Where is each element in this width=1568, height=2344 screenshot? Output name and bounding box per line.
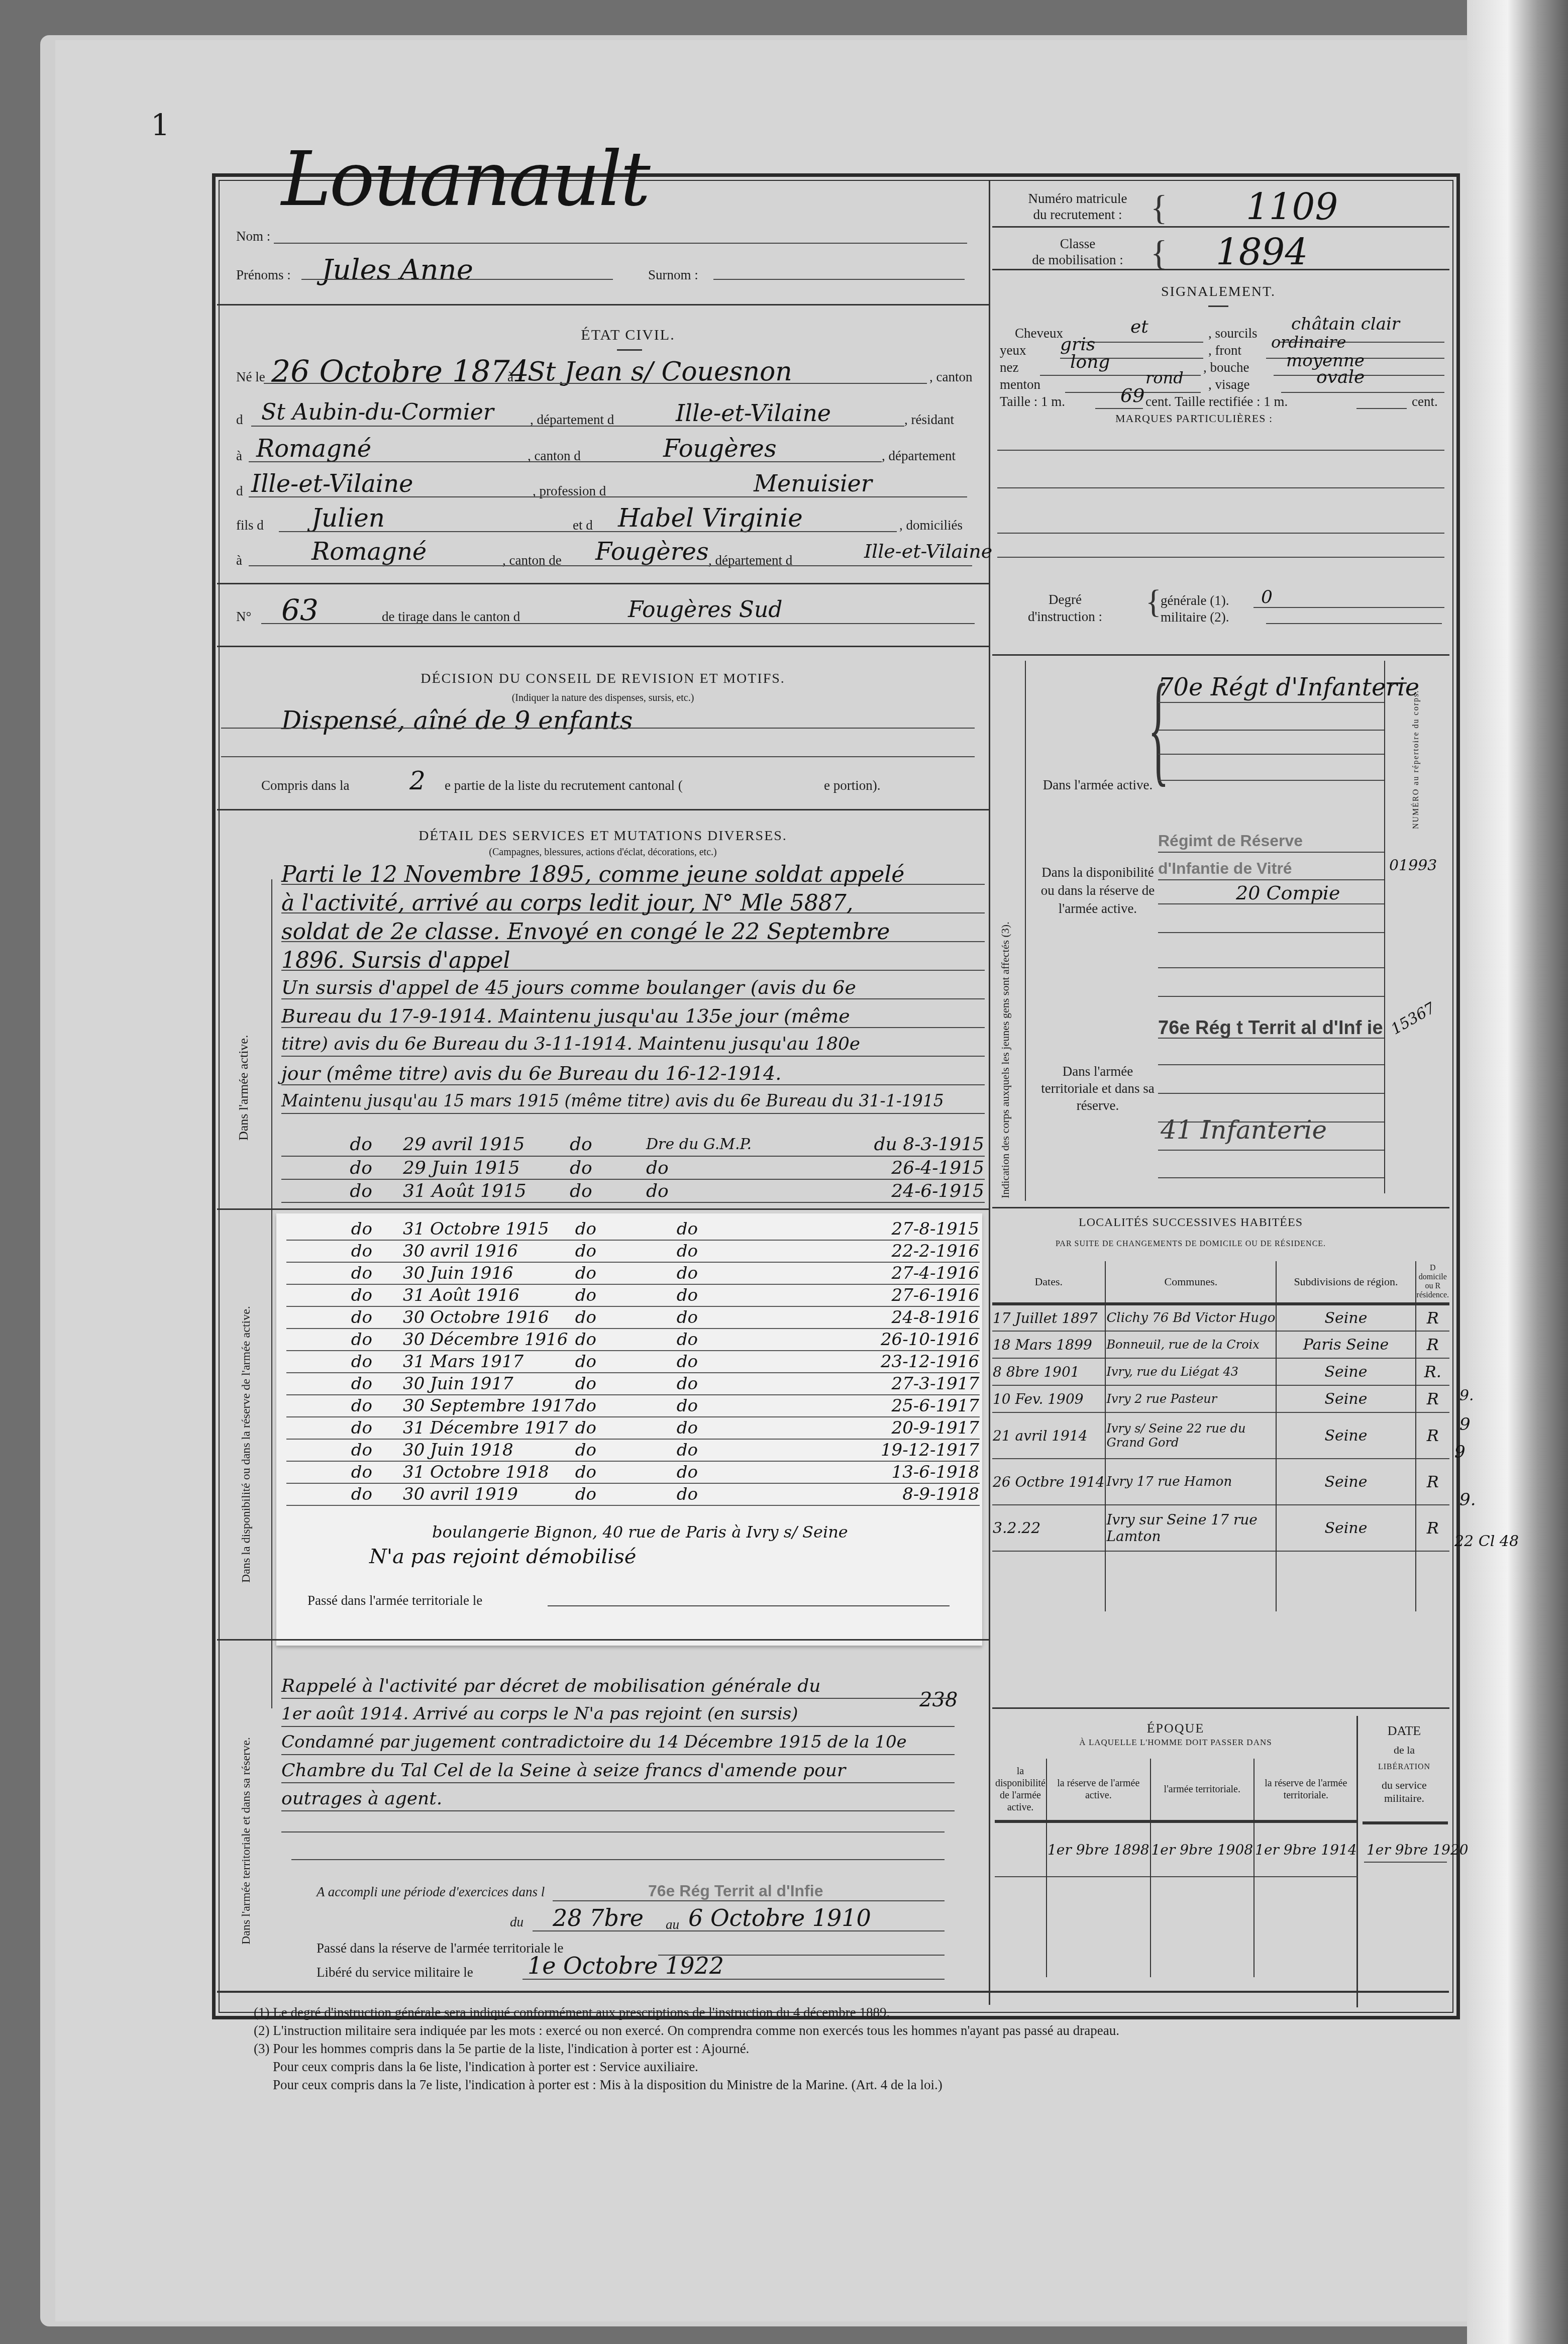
divider xyxy=(217,583,989,584)
title-dash xyxy=(1208,305,1228,307)
side-label-active: Dans l'armée active. xyxy=(236,1035,251,1141)
localites-row: 8 8bre 1901 Ivry, rue du Liégat 43 Seine… xyxy=(992,1358,1449,1385)
localites-row: 18 Mars 1899 Bonneuil, rue de la Croix P… xyxy=(992,1331,1449,1358)
service-line: jour (même titre) avis du 6e Bureau du 1… xyxy=(281,1062,985,1085)
territoriale-unit-value: 41 Infanterie xyxy=(1161,1115,1327,1145)
decision-value: Dispensé, aîné de 9 enfants xyxy=(281,706,633,735)
line xyxy=(1158,1122,1384,1123)
book-gutter xyxy=(1467,0,1568,2344)
dom-a-label: à xyxy=(236,553,242,568)
nom-value: Louanault xyxy=(281,136,649,223)
numero-label: NUMÉRO au répertoire du corps. xyxy=(1412,690,1421,829)
instruction-label-2: d'instruction : xyxy=(1020,609,1110,625)
ditto: do xyxy=(676,1351,788,1373)
sursis-ref: 27-8-1915 xyxy=(788,1218,980,1240)
line xyxy=(1083,342,1203,343)
line xyxy=(1281,392,1444,393)
canton-residence-value: Fougères xyxy=(663,435,777,463)
ditto: do xyxy=(286,1417,402,1439)
line xyxy=(1158,1038,1384,1039)
ditto: do xyxy=(286,1373,402,1395)
territoriale-label: Dans l'armée territoriale et dans sa rés… xyxy=(1035,1063,1161,1114)
empty-cell xyxy=(1047,1877,1151,1977)
sursis-date: 30 Juin 1918 xyxy=(402,1439,575,1461)
line xyxy=(1095,408,1143,409)
ditto: do xyxy=(676,1240,788,1262)
footnotes: (1) Le degré d'instruction générale sera… xyxy=(254,2005,1119,2095)
line xyxy=(1158,1150,1384,1151)
ditto: do xyxy=(286,1461,402,1483)
sursis-date: 30 avril 1916 xyxy=(402,1240,575,1262)
epoque-subtitle: À LAQUELLE L'HOMME DOIT PASSER DANS xyxy=(1000,1738,1351,1748)
localite-date: 10 Fev. 1909 xyxy=(992,1385,1105,1412)
header-rule xyxy=(1363,1821,1448,1824)
divider xyxy=(217,1639,989,1641)
line xyxy=(1356,408,1407,409)
sourcils-value: châtain clair xyxy=(1291,314,1400,334)
line xyxy=(1253,607,1444,608)
matricule-label-1: Numéro matricule xyxy=(1005,191,1151,207)
col-dates: Dates. xyxy=(992,1261,1105,1304)
line xyxy=(1266,623,1442,624)
side-label-territoriale: Dans l'armée territoriale et dans sa rés… xyxy=(236,1663,256,1945)
localite-date: 21 avril 1914 xyxy=(992,1412,1105,1459)
line xyxy=(997,533,1444,534)
col-reserve-active: la réserve de l'armée active. xyxy=(1047,1759,1151,1821)
bouche-label: , bouche xyxy=(1203,360,1249,375)
ditto: do xyxy=(676,1395,788,1417)
line xyxy=(997,557,1444,558)
libere-value: 1e Octobre 1922 xyxy=(528,1952,724,1979)
passe-reserve-label: Passé dans la réserve de l'armée territo… xyxy=(317,1941,563,1956)
empty-cell xyxy=(1254,1877,1357,1977)
epoque-disponibilite-value xyxy=(995,1821,1047,1877)
empty-cell xyxy=(995,1877,1047,1977)
footnote-number: (3) xyxy=(254,2041,269,2056)
footnote-text: Pour ceux compris dans la 7e liste, l'in… xyxy=(273,2077,943,2092)
sursis-row: do 29 Juin 1915 do do 26-4-1915 xyxy=(281,1156,985,1179)
liberation-sub-1: de la xyxy=(1362,1744,1447,1757)
signalement-title: SIGNALEMENT. xyxy=(1130,284,1306,300)
divider xyxy=(992,1707,1449,1709)
sursis-ref: 24-6-1915 xyxy=(777,1179,985,1202)
footnote: (2) L'instruction militaire sera indiqué… xyxy=(254,2023,1119,2041)
passe-territoriale-label: Passé dans l'armée territoriale le xyxy=(307,1593,482,1608)
sursis-ref: 26-4-1915 xyxy=(777,1156,985,1179)
nom-label: Nom : xyxy=(236,229,270,244)
ditto: do xyxy=(575,1373,676,1395)
compris-label-2: e partie de la liste du recrutement cant… xyxy=(445,778,683,793)
sursis-row: do 30 Octobre 1916 do do 24-8-1916 xyxy=(286,1306,980,1329)
epoque-header-row: la disponibilité de l'armée active. la r… xyxy=(995,1759,1357,1821)
marques-label: MARQUES PARTICULIÈRES : xyxy=(1115,412,1273,425)
footnote-divider xyxy=(217,1991,1449,1993)
numero-column-line xyxy=(1384,661,1385,1193)
sursis-date: 30 Septembre 1917 xyxy=(402,1395,575,1417)
ditto: do xyxy=(286,1395,402,1417)
ditto: do xyxy=(676,1483,788,1505)
ditto: do xyxy=(281,1133,402,1156)
residant-a-label: à xyxy=(236,448,242,464)
col-territoriale: l'armée territoriale. xyxy=(1151,1759,1255,1821)
classe-value: 1894 xyxy=(1216,231,1308,273)
service-line: 1896. Sursis d'appel xyxy=(281,948,985,971)
liberation-sub-3: du service militaire. xyxy=(1362,1779,1447,1805)
sursis-ref: 26-10-1916 xyxy=(788,1329,980,1351)
sursis-row: do 30 Juin 1917 do do 27-3-1917 xyxy=(286,1373,980,1395)
line xyxy=(553,1900,945,1901)
localite-subdivision: Seine xyxy=(1276,1505,1415,1551)
footnote-text: Pour ceux compris dans la 6e liste, l'in… xyxy=(273,2059,698,2074)
localite-commune: Ivry 17 rue Hamon xyxy=(1105,1459,1276,1505)
margin-note: 9. xyxy=(1459,1387,1474,1404)
sursis-authority: Dre du G.M.P. xyxy=(646,1133,777,1156)
sursis-ref: 20-9-1917 xyxy=(788,1417,980,1439)
localite-date: 8 8bre 1901 xyxy=(992,1358,1105,1385)
sursis-row: do 30 Décembre 1916 do do 26-10-1916 xyxy=(286,1329,980,1351)
service-line: Bureau du 17-9-1914. Maintenu jusqu'au 1… xyxy=(281,1005,985,1028)
sursis-table-patch: do 31 Octobre 1915 do do 27-8-1915 do 30… xyxy=(286,1218,980,1506)
line xyxy=(279,531,897,532)
ditto: do xyxy=(286,1262,402,1284)
divider xyxy=(217,1208,989,1210)
ditto: do xyxy=(575,1240,676,1262)
ditto: do xyxy=(281,1179,402,1202)
sursis-ref: du 8-3-1915 xyxy=(777,1133,985,1156)
line xyxy=(249,565,972,566)
ditto: do xyxy=(575,1306,676,1329)
line xyxy=(221,728,975,729)
epoque-reserve-active-value: 1er 9bre 1898 xyxy=(1047,1821,1151,1877)
sursis-ref: 25-6-1917 xyxy=(788,1395,980,1417)
sursis-date: 30 Juin 1916 xyxy=(402,1262,575,1284)
line xyxy=(533,1930,945,1931)
instruction-militaire-label: militaire (2). xyxy=(1161,609,1229,625)
ne-le-label: Né le xyxy=(236,369,265,385)
line xyxy=(261,623,975,624)
ditto: do xyxy=(676,1373,788,1395)
residence-value: Romagné xyxy=(256,435,371,463)
empty-cell xyxy=(1276,1551,1415,1611)
dom-dept-value: Ille-et-Vilaine xyxy=(864,540,992,562)
mere-value: Habel Virginie xyxy=(618,503,803,533)
localite-subdivision: Seine xyxy=(1276,1358,1415,1385)
ditto: do xyxy=(286,1439,402,1461)
services-title: DÉTAIL DES SERVICES ET MUTATIONS DIVERSE… xyxy=(377,828,829,844)
margin-note: 9. xyxy=(1459,1490,1476,1510)
cheveux-label: Cheveux xyxy=(1015,326,1063,341)
tirage-canton-value: Fougères Sud xyxy=(628,597,782,623)
brace-icon: { xyxy=(1151,188,1168,229)
footnote: (1) Le degré d'instruction générale sera… xyxy=(254,2005,1119,2023)
instruction-generale-value: 0 xyxy=(1261,587,1273,607)
liberation-value: 1er 9bre 1920 xyxy=(1367,1842,1469,1858)
cheveux-value: et xyxy=(1130,317,1148,337)
departement-naissance-value: Ille-et-Vilaine xyxy=(676,399,831,427)
pere-value: Julien xyxy=(311,503,385,533)
menton-value: rond xyxy=(1145,368,1184,387)
classe-label-2: de mobilisation : xyxy=(1005,252,1151,268)
territoriale-line: outrages à agent. xyxy=(281,1788,955,1811)
cent-label: cent. Taille rectifiée : 1 m. xyxy=(1145,394,1288,410)
prenoms-line xyxy=(301,279,613,280)
side-label-dispo: Dans la disponibilité ou dans la réserve… xyxy=(236,1281,256,1583)
divider xyxy=(217,809,989,810)
line xyxy=(1158,903,1384,904)
localite-dr: R xyxy=(1416,1304,1449,1331)
yeux-label: yeux xyxy=(1000,343,1026,358)
territoriale-lines: Rappelé à l'activité par décret de mobil… xyxy=(281,1676,955,1816)
front-label: , front xyxy=(1208,343,1241,358)
sursis-table-top: do 29 avril 1915 do Dre du G.M.P. du 8-3… xyxy=(281,1133,985,1203)
exercices-label: A accompli une période d'exercices dans … xyxy=(317,1884,545,1900)
front-value: ordinaire xyxy=(1271,333,1346,352)
localites-table: Dates. Communes. Subdivisions de région.… xyxy=(992,1261,1449,1611)
sursis-date: 30 Octobre 1916 xyxy=(402,1306,575,1329)
dom-canton-value: Fougères xyxy=(595,538,709,566)
col-dr: D domicile ou R résidence. xyxy=(1416,1261,1449,1304)
empty-cell xyxy=(1416,1551,1449,1611)
sursis-ref: 22-2-1916 xyxy=(788,1240,980,1262)
cent2-label: cent. xyxy=(1412,394,1438,410)
ditto: do xyxy=(575,1329,676,1351)
service-line: soldat de 2e classe. Envoyé en congé le … xyxy=(281,919,985,942)
localite-subdivision: Seine xyxy=(1276,1412,1415,1459)
tirage-label: de tirage dans le canton d xyxy=(382,609,520,625)
sursis-ref: 27-6-1916 xyxy=(788,1284,980,1306)
line xyxy=(249,461,882,462)
footnote-text: Le degré d'instruction générale sera ind… xyxy=(273,2005,890,2020)
exercices-au-value: 6 Octobre 1910 xyxy=(688,1904,871,1931)
localites-title: LOCALITÉS SUCCESSIVES HABITÉES xyxy=(995,1216,1387,1230)
ditto: do xyxy=(575,1284,676,1306)
sursis-row: do 31 Août 1916 do do 27-6-1916 xyxy=(286,1284,980,1306)
line xyxy=(1158,702,1384,703)
sursis-ref: 23-12-1916 xyxy=(788,1351,980,1373)
bracket-line xyxy=(271,879,272,1708)
services-subtitle: (Campagnes, blessures, actions d'éclat, … xyxy=(427,847,779,858)
active-label: Dans l'armée active. xyxy=(1035,776,1161,793)
canton-de-label: d xyxy=(236,412,243,428)
nez-value: long xyxy=(1070,352,1110,372)
canton-label: , canton xyxy=(929,369,972,385)
line xyxy=(221,756,975,757)
active-unit-value: 70e Régt d'Infanterie xyxy=(1158,673,1419,701)
sursis-row: do 30 avril 1919 do do 8-9-1918 xyxy=(286,1483,980,1505)
compris-label-3: e portion). xyxy=(824,778,880,793)
footnote-number: (2) xyxy=(254,2023,269,2038)
localite-subdivision: Paris Seine xyxy=(1276,1331,1415,1358)
title-dash xyxy=(617,349,642,351)
localites-row: 10 Fev. 1909 Ivry 2 rue Pasteur Seine R xyxy=(992,1385,1449,1412)
sursis-row: do 30 avril 1916 do do 22-2-1916 xyxy=(286,1240,980,1262)
localite-subdivision: Seine xyxy=(1276,1459,1415,1505)
ditto: do xyxy=(286,1284,402,1306)
localite-dr: R xyxy=(1416,1331,1449,1358)
line xyxy=(281,1831,945,1832)
dispo-company-value: 20 Compie xyxy=(1236,882,1340,904)
liberation-title: DATE xyxy=(1362,1723,1447,1739)
localite-date: 26 Octbre 1914 xyxy=(992,1459,1105,1505)
taille-value: 69 xyxy=(1120,384,1144,406)
territoriale-line: Rappelé à l'activité par décret de mobil… xyxy=(281,1676,955,1699)
territoriale-stamp: 76e Rég t Territ al d'Inf ie xyxy=(1158,1017,1383,1039)
sursis-date: 31 Octobre 1918 xyxy=(402,1461,575,1483)
ditto: do xyxy=(575,1461,676,1483)
territoriale-margin-note: 238 xyxy=(919,1688,958,1711)
col-subdivisions: Subdivisions de région. xyxy=(1276,1261,1415,1304)
ditto: do xyxy=(575,1483,676,1505)
column-divider xyxy=(989,181,990,2005)
localite-commune: Bonneuil, rue de la Croix xyxy=(1105,1331,1276,1358)
localite-dr: R xyxy=(1416,1385,1449,1412)
localite-date: 18 Mars 1899 xyxy=(992,1331,1105,1358)
domicilies-label: , domiciliés xyxy=(899,518,963,533)
sursis-row: do 31 Décembre 1917 do do 20-9-1917 xyxy=(286,1417,980,1439)
localite-subdivision: Seine xyxy=(1276,1385,1415,1412)
ditto: do xyxy=(286,1240,402,1262)
taille-label: Taille : 1 m. xyxy=(1000,394,1065,410)
divider xyxy=(992,226,1449,228)
brace-icon: { xyxy=(1145,583,1162,621)
line xyxy=(1158,932,1384,933)
matricule-value: 1109 xyxy=(1246,186,1338,228)
footnote-number: (1) xyxy=(254,2005,269,2020)
ditto: do xyxy=(676,1439,788,1461)
epoque-title: ÉPOQUE xyxy=(1000,1721,1351,1736)
margin-note: 9 xyxy=(1454,1442,1466,1462)
line xyxy=(1158,967,1384,968)
localite-date: 3.2.22 xyxy=(992,1505,1105,1551)
du-label: du xyxy=(510,1914,524,1930)
localite-commune: Ivry, rue du Liégat 43 xyxy=(1105,1358,1276,1385)
dispo-stamp-1: Régimt de Réserve xyxy=(1158,832,1303,850)
tirage-no-value: 63 xyxy=(281,593,319,627)
ditto: do xyxy=(281,1156,402,1179)
ditto: do xyxy=(646,1156,777,1179)
line xyxy=(1158,754,1384,755)
margin-note: 9 xyxy=(1459,1414,1471,1435)
ditto: do xyxy=(569,1133,646,1156)
prenoms-label: Prénoms : xyxy=(236,267,291,283)
localite-date: 17 Juillet 1897 xyxy=(992,1304,1105,1331)
exercices-unit-stamp: 76e Rég Territ al d'Infie xyxy=(648,1882,823,1900)
compris-label-1: Compris dans la xyxy=(261,778,350,793)
divider xyxy=(992,654,1449,656)
ditto: do xyxy=(676,1284,788,1306)
prenoms-value: Jules Anne xyxy=(322,254,473,286)
ditto: do xyxy=(646,1179,777,1202)
compris-partie-value: 2 xyxy=(409,766,426,795)
localite-dr: R xyxy=(1416,1505,1449,1551)
classe-label-1: Classe xyxy=(1005,236,1151,252)
line xyxy=(1158,780,1384,781)
visage-label: , visage xyxy=(1208,377,1249,392)
line xyxy=(997,487,1444,488)
active-service-lines: Parti le 12 Novembre 1895, comme jeune s… xyxy=(281,862,985,1117)
ditto: do xyxy=(286,1351,402,1373)
col-reserve-territoriale: la réserve de l'armée territoriale. xyxy=(1254,1759,1357,1821)
etat-civil-title: ÉTAT CIVIL. xyxy=(553,327,703,344)
localites-row: 21 avril 1914 Ivry s/ Seine 22 rue du Gr… xyxy=(992,1412,1449,1459)
sursis-row: do 29 avril 1915 do Dre du G.M.P. du 8-3… xyxy=(281,1133,985,1156)
visage-value: ovale xyxy=(1316,367,1365,387)
sursis-date: 29 Juin 1915 xyxy=(402,1156,569,1179)
affectations-side-label: Indication des corps auxquels les jeunes… xyxy=(999,922,1012,1198)
ditto: do xyxy=(676,1262,788,1284)
line xyxy=(1158,879,1384,880)
localites-header-row: Dates. Communes. Subdivisions de région.… xyxy=(992,1261,1449,1304)
residant-label: , résidant xyxy=(904,412,954,428)
empty-cell xyxy=(992,1551,1105,1611)
dispo-stamp-2: d'Infantie de Vitré xyxy=(1158,859,1292,878)
line xyxy=(1158,1064,1384,1065)
matricule-label-2: du recrutement : xyxy=(1005,207,1151,223)
lieu-naissance-value: St Jean s/ Couesnon xyxy=(528,357,792,387)
departement2-label: , département xyxy=(882,448,956,464)
localites-row: 3.2.22 Ivry sur Seine 17 rue Lamton Sein… xyxy=(992,1505,1449,1551)
tirage-no-label: N° xyxy=(236,609,251,625)
sursis-row: do 30 Juin 1916 do do 27-4-1916 xyxy=(286,1262,980,1284)
footnote: Pour ceux compris dans la 6e liste, l'in… xyxy=(254,2059,1119,2077)
epoque-value-row: 1er 9bre 1898 1er 9bre 1908 1er 9bre 191… xyxy=(995,1821,1357,1877)
sursis-ref: 19-12-1917 xyxy=(788,1439,980,1461)
sursis-row: do 31 Octobre 1918 do do 13-6-1918 xyxy=(286,1461,980,1483)
sursis-row: do 30 Septembre 1917 do do 25-6-1917 xyxy=(286,1395,980,1417)
footnote: Pour ceux compris dans la 7e liste, l'in… xyxy=(254,2077,1119,2095)
ne-le-value: 26 Octobre 1874 xyxy=(271,354,529,389)
epoque-territoriale-value: 1er 9bre 1908 xyxy=(1151,1821,1255,1877)
line xyxy=(1158,1177,1384,1178)
localite-commune: Ivry s/ Seine 22 rue du Grand Gord xyxy=(1105,1412,1276,1459)
localites-row: 26 Octbre 1914 Ivry 17 rue Hamon Seine R xyxy=(992,1459,1449,1505)
line xyxy=(1364,1862,1447,1863)
sursis-ref: 24-8-1916 xyxy=(788,1306,980,1329)
localite-dr: R xyxy=(1416,1459,1449,1505)
service-line: Parti le 12 Novembre 1895, comme jeune s… xyxy=(281,862,985,885)
localite-commune: Ivry sur Seine 17 rue Lamton xyxy=(1105,1505,1276,1551)
footnote: (3) Pour les hommes compris dans la 5e p… xyxy=(254,2041,1119,2059)
divider xyxy=(992,269,1449,270)
sursis-ref: 27-4-1916 xyxy=(788,1262,980,1284)
sursis-date: 30 Décembre 1916 xyxy=(402,1329,575,1351)
localites-row-empty xyxy=(992,1551,1449,1611)
bracket-line xyxy=(1025,661,1026,1201)
brace-icon: { xyxy=(1151,234,1168,274)
sursis-row: do 31 Août 1915 do do 24-6-1915 xyxy=(281,1179,985,1202)
epoque-reserve-territoriale-value: 1er 9bre 1914 xyxy=(1254,1821,1357,1877)
localite-subdivision: Seine xyxy=(1276,1304,1415,1331)
sursis-row: do 31 Octobre 1915 do do 27-8-1915 xyxy=(286,1218,980,1240)
ditto: do xyxy=(286,1218,402,1240)
identity-divider xyxy=(217,304,989,305)
line xyxy=(251,426,904,427)
sursis-ref: 8-9-1918 xyxy=(788,1483,980,1505)
margin-mark: 1 xyxy=(151,108,170,143)
sursis-date: 31 Décembre 1917 xyxy=(402,1417,575,1439)
ditto: do xyxy=(286,1483,402,1505)
line xyxy=(291,1859,945,1860)
profession-value: Menuisier xyxy=(754,470,872,497)
localite-commune: Clichy 76 Bd Victor Hugo xyxy=(1105,1304,1276,1331)
line xyxy=(522,1979,945,1980)
sursis-date: 31 Août 1916 xyxy=(402,1284,575,1306)
localite-commune: Ivry 2 rue Pasteur xyxy=(1105,1385,1276,1412)
dept2-label: d xyxy=(236,483,243,499)
territoriale-line: 1er août 1914. Arrivé au corps le N'a pa… xyxy=(281,1704,955,1727)
ditto: do xyxy=(569,1179,646,1202)
sursis-date: 31 Octobre 1915 xyxy=(402,1218,575,1240)
